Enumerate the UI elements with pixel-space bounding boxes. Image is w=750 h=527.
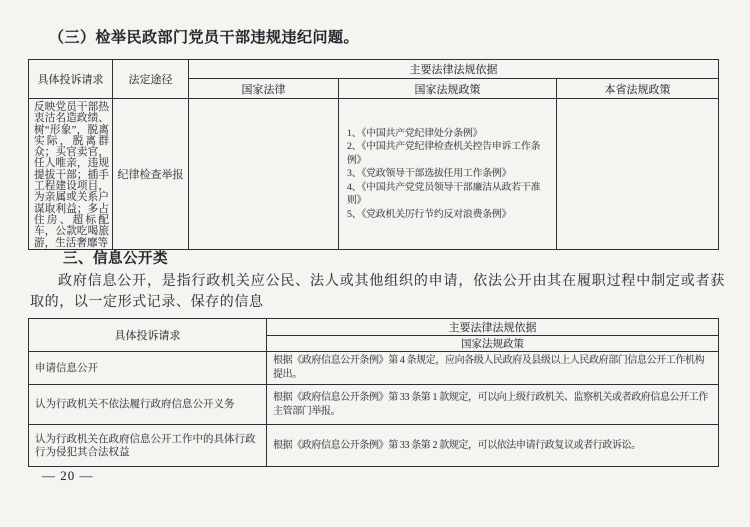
law-item: 2、《中国共产党纪律检查机关控告申诉工作条例》: [347, 140, 550, 167]
page-number: — 20 —: [42, 468, 94, 484]
table-row: 认为行政机关不依法履行政府信息公开义务 根据《政府信息公开条例》第 33 条第 …: [29, 385, 719, 425]
t2-header-legal-basis: 主要法律法规依据: [267, 319, 719, 336]
heading-info-disclosure: 三、信息公开类: [63, 247, 168, 268]
t2-row2-request: 认为行政机关不依法履行政府信息公开义务: [29, 385, 267, 425]
t1-cell-channel: 纪律检查举报: [113, 99, 189, 250]
t1-header-request: 具体投诉请求: [29, 60, 113, 99]
t1-header-national-policy: 国家法规政策: [339, 79, 557, 99]
t1-cell-provincial-policy-empty: [557, 99, 719, 250]
info-disclosure-table: 具体投诉请求 主要法律法规依据 国家法规政策 申请信息公开 根据《政府信息公开条…: [28, 318, 719, 467]
law-item: 5、《党政机关厉行节约反对浪费条例》: [347, 208, 550, 222]
t2-row3-basis: 根据《政府信息公开条例》第 33 条第 2 款规定，可以依法申请行政复议或者行政…: [267, 425, 719, 467]
law-item: 4、《中国共产党党员领导干部廉洁从政若干准则》: [347, 181, 550, 208]
t1-header-provincial-policy: 本省法规政策: [557, 79, 719, 99]
t1-header-channel: 法定途径: [113, 60, 189, 99]
info-disclosure-intro: 政府信息公开，是指行政机关应公民、法人或其他组织的申请，依法公开由其在履职过程中…: [30, 271, 725, 313]
law-item: 3、《党政领导干部选拔任用工作条例》: [347, 167, 550, 181]
table-row: 申请信息公开 根据《政府信息公开条例》第 4 条规定，应向各级人民政府及县级以上…: [29, 352, 719, 385]
t2-header-national-policy: 国家法规政策: [267, 336, 719, 352]
law-item: 1、《中国共产党纪律处分条例》: [347, 127, 550, 141]
t1-header-national-law: 国家法律: [189, 79, 339, 99]
t1-cell-national-policy: 1、《中国共产党纪律处分条例》 2、《中国共产党纪律检查机关控告申诉工作条例》 …: [339, 99, 557, 250]
heading-section-3: （三）检举民政部门党员干部违规违纪问题。: [49, 26, 359, 47]
table-row: 认为行政机关在政府信息公开工作中的具体行政行为侵犯其合法权益 根据《政府信息公开…: [29, 425, 719, 467]
t1-cell-national-law-empty: [189, 99, 339, 250]
t2-header-request: 具体投诉请求: [29, 319, 267, 352]
t2-row1-request: 申请信息公开: [29, 352, 267, 385]
document-page: （三）检举民政部门党员干部违规违纪问题。 具体投诉请求 法定途径 主要法律法规依…: [0, 0, 750, 527]
t2-row1-basis: 根据《政府信息公开条例》第 4 条规定，应向各级人民政府及县级以上人民政府部门信…: [267, 352, 719, 385]
violation-complaint-table: 具体投诉请求 法定途径 主要法律法规依据 国家法律 国家法规政策 本省法规政策 …: [28, 59, 719, 250]
t2-row3-request: 认为行政机关在政府信息公开工作中的具体行政行为侵犯其合法权益: [29, 425, 267, 467]
t1-header-legal-basis: 主要法律法规依据: [189, 60, 719, 79]
t1-cell-request: 反映党员干部热衷沽名造政绩、树“形象”，脱离实际，脱离群众；买官卖官，任人唯亲，…: [29, 99, 113, 250]
t2-row2-basis: 根据《政府信息公开条例》第 33 条第 1 款规定，可以向上级行政机关、监察机关…: [267, 385, 719, 425]
